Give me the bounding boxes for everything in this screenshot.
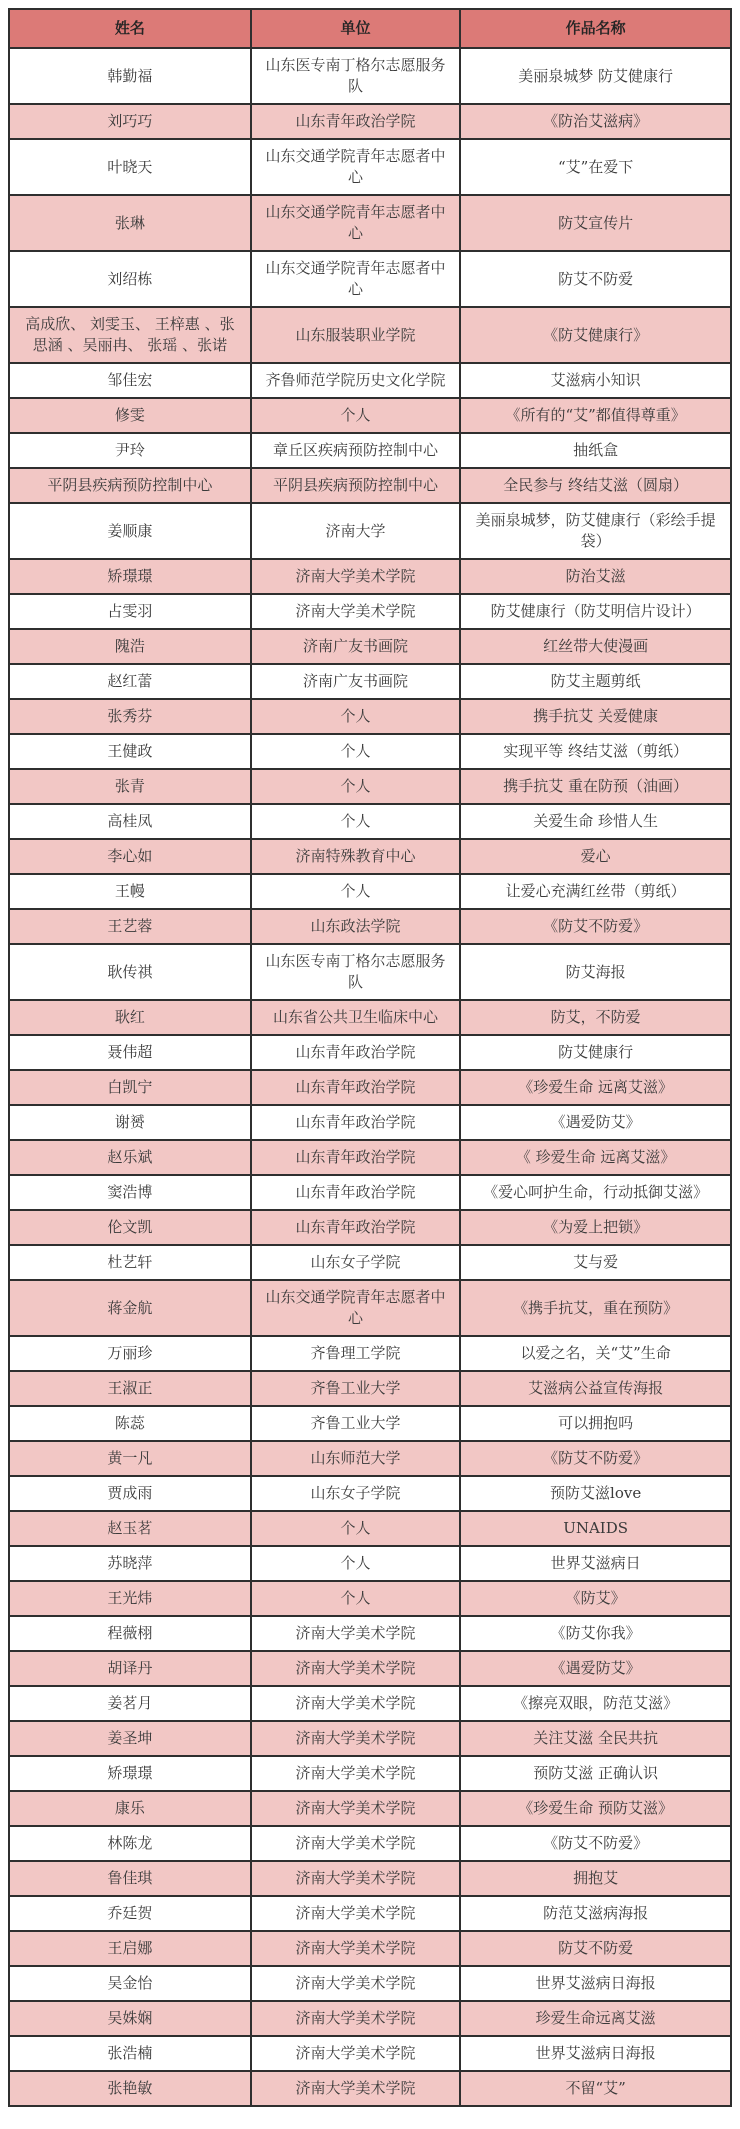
table-row: 矫璟璟济南大学美术学院防治艾滋 xyxy=(9,559,731,594)
unit-cell: 个人 xyxy=(251,769,460,804)
name-cell: 鲁佳琪 xyxy=(9,1861,251,1896)
table-row: 王光炜个人《防艾》 xyxy=(9,1581,731,1616)
name-cell: 陈蕊 xyxy=(9,1406,251,1441)
table-row: 杜艺轩山东女子学院艾与爱 xyxy=(9,1245,731,1280)
work-cell: 《防艾不防爱》 xyxy=(460,1826,731,1861)
unit-cell: 济南大学美术学院 xyxy=(251,1791,460,1826)
table-row: 王幔个人让爱心充满红丝带（剪纸） xyxy=(9,874,731,909)
name-cell: 刘巧巧 xyxy=(9,104,251,139)
unit-cell: 山东青年政治学院 xyxy=(251,1035,460,1070)
table-row: 鲁佳琪济南大学美术学院拥抱艾 xyxy=(9,1861,731,1896)
unit-cell: 山东女子学院 xyxy=(251,1476,460,1511)
name-cell: 白凯宁 xyxy=(9,1070,251,1105)
work-cell: 《遇爱防艾》 xyxy=(460,1651,731,1686)
unit-cell: 山东师范大学 xyxy=(251,1441,460,1476)
work-cell: 关注艾滋 全民共抗 xyxy=(460,1721,731,1756)
unit-cell: 济南大学美术学院 xyxy=(251,559,460,594)
unit-cell: 济南大学美术学院 xyxy=(251,1896,460,1931)
unit-cell: 济南大学美术学院 xyxy=(251,1826,460,1861)
work-cell: 美丽泉城梦，防艾健康行（彩绘手提袋） xyxy=(460,503,731,559)
table-row: 林陈龙济南大学美术学院《防艾不防爱》 xyxy=(9,1826,731,1861)
work-cell: 防艾不防爱 xyxy=(460,1931,731,1966)
name-cell: 姜茗月 xyxy=(9,1686,251,1721)
work-cell: 艾滋病公益宣传海报 xyxy=(460,1371,731,1406)
table-row: 陈蕊齐鲁工业大学可以拥抱吗 xyxy=(9,1406,731,1441)
table-row: 乔廷贺济南大学美术学院防范艾滋病海报 xyxy=(9,1896,731,1931)
table-row: 叶晓天山东交通学院青年志愿者中心“艾”在爱下 xyxy=(9,139,731,195)
table-row: 刘巧巧山东青年政治学院《防治艾滋病》 xyxy=(9,104,731,139)
unit-cell: 济南大学 xyxy=(251,503,460,559)
unit-cell: 平阴县疾病预防控制中心 xyxy=(251,468,460,503)
work-cell: 《防治艾滋病》 xyxy=(460,104,731,139)
table-row: 谢赟山东青年政治学院《遇爱防艾》 xyxy=(9,1105,731,1140)
work-cell: 《爱心呵护生命，行动抵御艾滋》 xyxy=(460,1175,731,1210)
name-cell: 隗浩 xyxy=(9,629,251,664)
work-cell: 《遇爱防艾》 xyxy=(460,1105,731,1140)
table-row: 尹玲章丘区疾病预防控制中心抽纸盒 xyxy=(9,433,731,468)
unit-cell: 个人 xyxy=(251,1546,460,1581)
table-wrapper: 姓名 单位 作品名称 韩勤福山东医专南丁格尔志愿服务队美丽泉城梦 防艾健康行刘巧… xyxy=(0,0,740,2115)
unit-cell: 山东女子学院 xyxy=(251,1245,460,1280)
work-cell: 防艾，不防爱 xyxy=(460,1000,731,1035)
unit-cell: 济南广友书画院 xyxy=(251,629,460,664)
name-cell: 王健政 xyxy=(9,734,251,769)
name-cell: 伦文凯 xyxy=(9,1210,251,1245)
work-cell: 预防艾滋love xyxy=(460,1476,731,1511)
name-cell: 耿红 xyxy=(9,1000,251,1035)
work-cell: 美丽泉城梦 防艾健康行 xyxy=(460,48,731,104)
table-row: 隗浩济南广友书画院红丝带大使漫画 xyxy=(9,629,731,664)
unit-cell: 济南大学美术学院 xyxy=(251,594,460,629)
work-cell: UNAIDS xyxy=(460,1511,731,1546)
table-row: 王启娜济南大学美术学院防艾不防爱 xyxy=(9,1931,731,1966)
name-cell: 万丽珍 xyxy=(9,1336,251,1371)
work-cell: 红丝带大使漫画 xyxy=(460,629,731,664)
table-row: 邹佳宏齐鲁师范学院历史文化学院艾滋病小知识 xyxy=(9,363,731,398)
work-cell: 《 珍爱生命 远离艾滋》 xyxy=(460,1140,731,1175)
name-cell: 王淑正 xyxy=(9,1371,251,1406)
work-cell: 《为爱上把锁》 xyxy=(460,1210,731,1245)
table-row: 吴姝娴济南大学美术学院珍爱生命远离艾滋 xyxy=(9,2001,731,2036)
name-cell: 张艳敏 xyxy=(9,2071,251,2106)
table-row: 窦浩博山东青年政治学院《爱心呵护生命，行动抵御艾滋》 xyxy=(9,1175,731,1210)
unit-cell: 齐鲁工业大学 xyxy=(251,1406,460,1441)
table-row: 胡译丹济南大学美术学院《遇爱防艾》 xyxy=(9,1651,731,1686)
table-row: 聂伟超山东青年政治学院防艾健康行 xyxy=(9,1035,731,1070)
column-header-name: 姓名 xyxy=(9,9,251,48)
table-row: 张秀芬个人携手抗艾 关爱健康 xyxy=(9,699,731,734)
name-cell: 康乐 xyxy=(9,1791,251,1826)
table-row: 赵乐斌山东青年政治学院《 珍爱生命 远离艾滋》 xyxy=(9,1140,731,1175)
name-cell: 窦浩博 xyxy=(9,1175,251,1210)
name-cell: 林陈龙 xyxy=(9,1826,251,1861)
unit-cell: 齐鲁工业大学 xyxy=(251,1371,460,1406)
unit-cell: 个人 xyxy=(251,874,460,909)
unit-cell: 个人 xyxy=(251,699,460,734)
work-cell: 不留“艾” xyxy=(460,2071,731,2106)
work-cell: 世界艾滋病日海报 xyxy=(460,1966,731,2001)
work-cell: 全民参与 终结艾滋（圆扇） xyxy=(460,468,731,503)
unit-cell: 个人 xyxy=(251,734,460,769)
work-cell: 爱心 xyxy=(460,839,731,874)
work-cell: 防艾主题剪纸 xyxy=(460,664,731,699)
work-cell: 世界艾滋病日 xyxy=(460,1546,731,1581)
work-cell: 《擦亮双眼，防范艾滋》 xyxy=(460,1686,731,1721)
unit-cell: 个人 xyxy=(251,398,460,433)
name-cell: 王启娜 xyxy=(9,1931,251,1966)
work-cell: 艾滋病小知识 xyxy=(460,363,731,398)
table-row: 白凯宁山东青年政治学院《珍爱生命 远离艾滋》 xyxy=(9,1070,731,1105)
work-cell: 防艾健康行 xyxy=(460,1035,731,1070)
name-cell: 张浩楠 xyxy=(9,2036,251,2071)
work-cell: 《防艾》 xyxy=(460,1581,731,1616)
work-cell: 以爱之名，关“艾”生命 xyxy=(460,1336,731,1371)
unit-cell: 济南大学美术学院 xyxy=(251,1966,460,2001)
awards-table: 姓名 单位 作品名称 韩勤福山东医专南丁格尔志愿服务队美丽泉城梦 防艾健康行刘巧… xyxy=(8,8,732,2107)
work-cell: 实现平等 终结艾滋（剪纸） xyxy=(460,734,731,769)
work-cell: 《防艾你我》 xyxy=(460,1616,731,1651)
name-cell: 张琳 xyxy=(9,195,251,251)
table-row: 吴金怡济南大学美术学院世界艾滋病日海报 xyxy=(9,1966,731,2001)
name-cell: 韩勤福 xyxy=(9,48,251,104)
table-row: 韩勤福山东医专南丁格尔志愿服务队美丽泉城梦 防艾健康行 xyxy=(9,48,731,104)
table-row: 张琳山东交通学院青年志愿者中心防艾宣传片 xyxy=(9,195,731,251)
work-cell: 拥抱艾 xyxy=(460,1861,731,1896)
table-row: 张浩楠济南大学美术学院世界艾滋病日海报 xyxy=(9,2036,731,2071)
name-cell: 杜艺轩 xyxy=(9,1245,251,1280)
unit-cell: 齐鲁理工学院 xyxy=(251,1336,460,1371)
table-body: 韩勤福山东医专南丁格尔志愿服务队美丽泉城梦 防艾健康行刘巧巧山东青年政治学院《防… xyxy=(9,48,731,2106)
name-cell: 谢赟 xyxy=(9,1105,251,1140)
header-row: 姓名 单位 作品名称 xyxy=(9,9,731,48)
work-cell: 可以拥抱吗 xyxy=(460,1406,731,1441)
name-cell: 叶晓天 xyxy=(9,139,251,195)
unit-cell: 个人 xyxy=(251,1511,460,1546)
unit-cell: 山东政法学院 xyxy=(251,909,460,944)
table-row: 贾成雨山东女子学院预防艾滋love xyxy=(9,1476,731,1511)
unit-cell: 济南大学美术学院 xyxy=(251,1756,460,1791)
work-cell: 防范艾滋病海报 xyxy=(460,1896,731,1931)
table-row: 刘绍栋山东交通学院青年志愿者中心防艾不防爱 xyxy=(9,251,731,307)
unit-cell: 山东交通学院青年志愿者中心 xyxy=(251,1280,460,1336)
name-cell: 王幔 xyxy=(9,874,251,909)
work-cell: 防艾海报 xyxy=(460,944,731,1000)
unit-cell: 济南大学美术学院 xyxy=(251,1616,460,1651)
unit-cell: 山东青年政治学院 xyxy=(251,1175,460,1210)
name-cell: 苏晓萍 xyxy=(9,1546,251,1581)
work-cell: 《携手抗艾，重在预防》 xyxy=(460,1280,731,1336)
unit-cell: 山东青年政治学院 xyxy=(251,1070,460,1105)
name-cell: 矫璟璟 xyxy=(9,1756,251,1791)
work-cell: 预防艾滋 正确认识 xyxy=(460,1756,731,1791)
unit-cell: 个人 xyxy=(251,804,460,839)
work-cell: 《珍爱生命 预防艾滋》 xyxy=(460,1791,731,1826)
table-row: 伦文凯山东青年政治学院《为爱上把锁》 xyxy=(9,1210,731,1245)
name-cell: 吴姝娴 xyxy=(9,2001,251,2036)
name-cell: 邹佳宏 xyxy=(9,363,251,398)
unit-cell: 山东青年政治学院 xyxy=(251,1140,460,1175)
work-cell: 防艾宣传片 xyxy=(460,195,731,251)
name-cell: 王光炜 xyxy=(9,1581,251,1616)
unit-cell: 济南大学美术学院 xyxy=(251,2001,460,2036)
name-cell: 黄一凡 xyxy=(9,1441,251,1476)
work-cell: 防治艾滋 xyxy=(460,559,731,594)
table-row: 王艺蓉山东政法学院《防艾不防爱》 xyxy=(9,909,731,944)
name-cell: 耿传祺 xyxy=(9,944,251,1000)
unit-cell: 山东交通学院青年志愿者中心 xyxy=(251,195,460,251)
table-row: 李心如济南特殊教育中心爱心 xyxy=(9,839,731,874)
table-row: 高桂凤个人关爱生命 珍惜人生 xyxy=(9,804,731,839)
table-row: 赵红蕾济南广友书画院防艾主题剪纸 xyxy=(9,664,731,699)
name-cell: 吴金怡 xyxy=(9,1966,251,2001)
table-row: 赵玉茗个人UNAIDS xyxy=(9,1511,731,1546)
name-cell: 张秀芬 xyxy=(9,699,251,734)
work-cell: 携手抗艾 重在防预（油画） xyxy=(460,769,731,804)
name-cell: 赵玉茗 xyxy=(9,1511,251,1546)
work-cell: 艾与爱 xyxy=(460,1245,731,1280)
unit-cell: 山东省公共卫生临床中心 xyxy=(251,1000,460,1035)
work-cell: 珍爱生命远离艾滋 xyxy=(460,2001,731,2036)
name-cell: 乔廷贺 xyxy=(9,1896,251,1931)
name-cell: 赵红蕾 xyxy=(9,664,251,699)
work-cell: 让爱心充满红丝带（剪纸） xyxy=(460,874,731,909)
name-cell: 修雯 xyxy=(9,398,251,433)
name-cell: 李心如 xyxy=(9,839,251,874)
column-header-work: 作品名称 xyxy=(460,9,731,48)
name-cell: 尹玲 xyxy=(9,433,251,468)
name-cell: 贾成雨 xyxy=(9,1476,251,1511)
table-row: 矫璟璟济南大学美术学院预防艾滋 正确认识 xyxy=(9,1756,731,1791)
table-row: 姜顺康济南大学美丽泉城梦，防艾健康行（彩绘手提袋） xyxy=(9,503,731,559)
work-cell: 《防艾不防爱》 xyxy=(460,909,731,944)
name-cell: 姜圣坤 xyxy=(9,1721,251,1756)
unit-cell: 山东青年政治学院 xyxy=(251,1210,460,1245)
table-row: 张艳敏济南大学美术学院不留“艾” xyxy=(9,2071,731,2106)
work-cell: 《珍爱生命 远离艾滋》 xyxy=(460,1070,731,1105)
work-cell: 防艾健康行（防艾明信片设计） xyxy=(460,594,731,629)
unit-cell: 济南大学美术学院 xyxy=(251,2036,460,2071)
unit-cell: 山东青年政治学院 xyxy=(251,104,460,139)
work-cell: 抽纸盒 xyxy=(460,433,731,468)
table-row: 耿红山东省公共卫生临床中心防艾，不防爱 xyxy=(9,1000,731,1035)
work-cell: 《防艾不防爱》 xyxy=(460,1441,731,1476)
name-cell: 高成欣、 刘雯玉、 王梓惠 、张思涵 、吴丽冉、 张瑶 、张诺 xyxy=(9,307,251,363)
work-cell: 《所有的“艾”都值得尊重》 xyxy=(460,398,731,433)
name-cell: 赵乐斌 xyxy=(9,1140,251,1175)
table-row: 万丽珍齐鲁理工学院以爱之名，关“艾”生命 xyxy=(9,1336,731,1371)
table-row: 王健政个人实现平等 终结艾滋（剪纸） xyxy=(9,734,731,769)
unit-cell: 济南特殊教育中心 xyxy=(251,839,460,874)
name-cell: 姜顺康 xyxy=(9,503,251,559)
table-row: 苏晓萍个人世界艾滋病日 xyxy=(9,1546,731,1581)
table-row: 修雯个人《所有的“艾”都值得尊重》 xyxy=(9,398,731,433)
unit-cell: 济南广友书画院 xyxy=(251,664,460,699)
unit-cell: 个人 xyxy=(251,1581,460,1616)
unit-cell: 山东服装职业学院 xyxy=(251,307,460,363)
unit-cell: 齐鲁师范学院历史文化学院 xyxy=(251,363,460,398)
name-cell: 矫璟璟 xyxy=(9,559,251,594)
work-cell: “艾”在爱下 xyxy=(460,139,731,195)
unit-cell: 山东医专南丁格尔志愿服务队 xyxy=(251,944,460,1000)
name-cell: 程薇栩 xyxy=(9,1616,251,1651)
unit-cell: 济南大学美术学院 xyxy=(251,1861,460,1896)
work-cell: 携手抗艾 关爱健康 xyxy=(460,699,731,734)
unit-cell: 济南大学美术学院 xyxy=(251,1721,460,1756)
work-cell: 世界艾滋病日海报 xyxy=(460,2036,731,2071)
table-row: 耿传祺山东医专南丁格尔志愿服务队防艾海报 xyxy=(9,944,731,1000)
name-cell: 高桂凤 xyxy=(9,804,251,839)
table-row: 姜圣坤济南大学美术学院关注艾滋 全民共抗 xyxy=(9,1721,731,1756)
name-cell: 王艺蓉 xyxy=(9,909,251,944)
name-cell: 张青 xyxy=(9,769,251,804)
table-row: 高成欣、 刘雯玉、 王梓惠 、张思涵 、吴丽冉、 张瑶 、张诺山东服装职业学院《… xyxy=(9,307,731,363)
table-row: 张青个人携手抗艾 重在防预（油画） xyxy=(9,769,731,804)
unit-cell: 山东青年政治学院 xyxy=(251,1105,460,1140)
column-header-unit: 单位 xyxy=(251,9,460,48)
name-cell: 平阴县疾病预防控制中心 xyxy=(9,468,251,503)
table-row: 王淑正齐鲁工业大学艾滋病公益宣传海报 xyxy=(9,1371,731,1406)
unit-cell: 济南大学美术学院 xyxy=(251,2071,460,2106)
table-row: 黄一凡山东师范大学《防艾不防爱》 xyxy=(9,1441,731,1476)
work-cell: 关爱生命 珍惜人生 xyxy=(460,804,731,839)
work-cell: 防艾不防爱 xyxy=(460,251,731,307)
name-cell: 胡译丹 xyxy=(9,1651,251,1686)
unit-cell: 山东交通学院青年志愿者中心 xyxy=(251,139,460,195)
unit-cell: 山东医专南丁格尔志愿服务队 xyxy=(251,48,460,104)
table-row: 平阴县疾病预防控制中心平阴县疾病预防控制中心全民参与 终结艾滋（圆扇） xyxy=(9,468,731,503)
unit-cell: 济南大学美术学院 xyxy=(251,1686,460,1721)
unit-cell: 山东交通学院青年志愿者中心 xyxy=(251,251,460,307)
work-cell: 《防艾健康行》 xyxy=(460,307,731,363)
table-row: 程薇栩济南大学美术学院《防艾你我》 xyxy=(9,1616,731,1651)
name-cell: 刘绍栋 xyxy=(9,251,251,307)
table-row: 蒋金航山东交通学院青年志愿者中心《携手抗艾，重在预防》 xyxy=(9,1280,731,1336)
name-cell: 占雯羽 xyxy=(9,594,251,629)
unit-cell: 济南大学美术学院 xyxy=(251,1651,460,1686)
unit-cell: 济南大学美术学院 xyxy=(251,1931,460,1966)
unit-cell: 章丘区疾病预防控制中心 xyxy=(251,433,460,468)
name-cell: 聂伟超 xyxy=(9,1035,251,1070)
table-row: 占雯羽济南大学美术学院防艾健康行（防艾明信片设计） xyxy=(9,594,731,629)
name-cell: 蒋金航 xyxy=(9,1280,251,1336)
table-row: 康乐济南大学美术学院《珍爱生命 预防艾滋》 xyxy=(9,1791,731,1826)
table-row: 姜茗月济南大学美术学院《擦亮双眼，防范艾滋》 xyxy=(9,1686,731,1721)
